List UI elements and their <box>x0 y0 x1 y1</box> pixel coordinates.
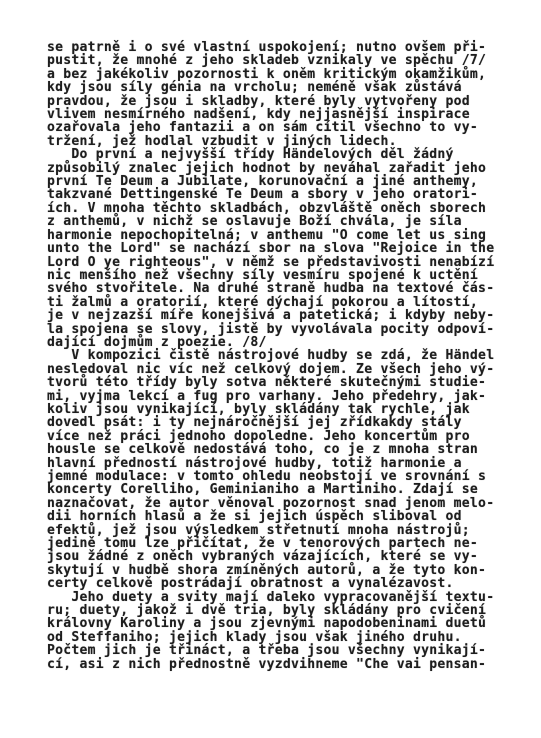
scanned-typewritten-page: { "style": { "paper_color": "#ffffff", "… <box>0 0 541 738</box>
typewritten-body-text: se patrně i o své vlastní uspokojení; nu… <box>47 41 494 671</box>
document-page: se patrně i o své vlastní uspokojení; nu… <box>0 0 541 738</box>
